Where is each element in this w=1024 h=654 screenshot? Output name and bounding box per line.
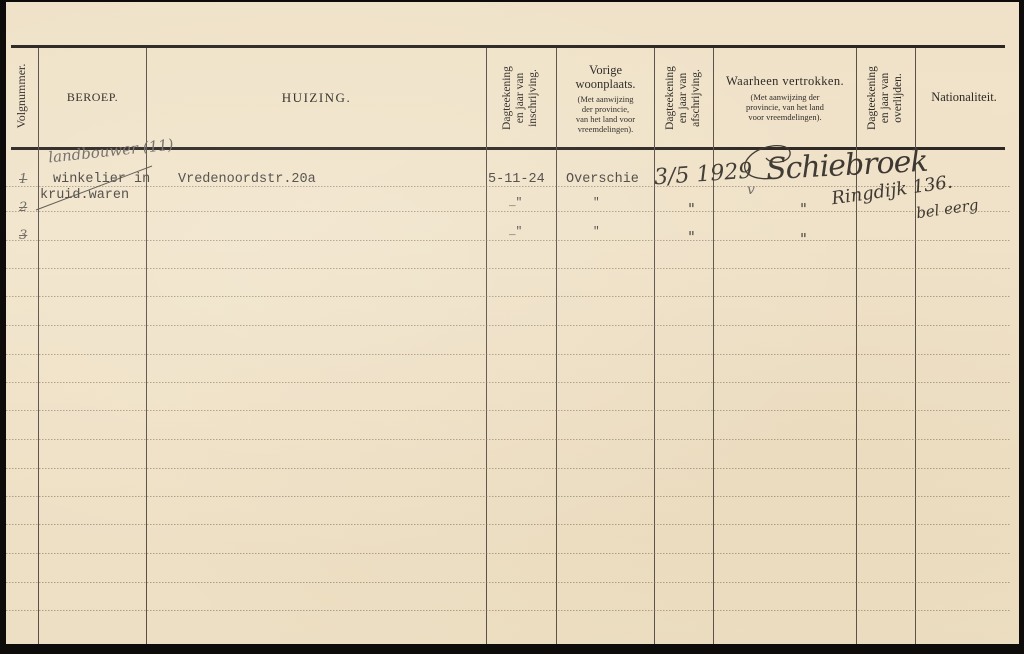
vorige-ditto-3: " <box>593 226 600 238</box>
row-line <box>6 468 1011 469</box>
row-line <box>6 268 1011 269</box>
beroep-line-1: winkelier in <box>53 172 150 187</box>
col-divider <box>486 48 487 644</box>
strike-line <box>34 162 154 212</box>
header-vertrokken-title: Waarheen vertrokken. <box>726 74 844 89</box>
afschrijving-ditto-3: " <box>688 228 695 246</box>
afschrijving-ditto-2: " <box>688 200 695 218</box>
col-divider <box>856 48 857 644</box>
header-nationaliteit: Nationaliteit. <box>916 48 1012 147</box>
header-volgnummer: Volgnummer. <box>15 51 31 141</box>
row-line <box>6 439 1011 440</box>
huizing-value: Vredenoordstr.20a <box>178 172 316 187</box>
header-vertrokken-sub: (Met aanwijzing der provincie, van het l… <box>746 92 824 122</box>
header-waarheen-vertrokken: Waarheen vertrokken. (Met aanwijzing der… <box>714 52 856 144</box>
row-line <box>6 325 1011 326</box>
row-line <box>6 553 1011 554</box>
row-number-3: 3 <box>19 228 27 243</box>
header-huizing: HUIZING. <box>147 48 486 147</box>
row-line <box>6 240 1011 241</box>
row-line <box>6 610 1011 611</box>
register-card: Volgnummer. BEROEP. HUIZING. Dagteekenin… <box>6 2 1019 644</box>
col-divider <box>654 48 655 644</box>
row-line <box>6 582 1011 583</box>
inschrijving-ditto-3: _" <box>509 226 522 238</box>
vertrokken-address-2: bel eerg <box>915 196 979 223</box>
header-beroep: BEROEP. <box>39 48 146 147</box>
row-number-1: 1 <box>19 172 27 187</box>
inschrijving-value: 5-11-24 <box>488 172 545 187</box>
beroep-line-2: kruid.waren <box>40 188 129 203</box>
inschrijving-ditto-2: _" <box>509 197 522 209</box>
row-line <box>6 524 1011 525</box>
row-line <box>6 354 1011 355</box>
header-vorige-title: Vorige woonplaats. <box>575 63 635 91</box>
row-number-2: 2 <box>19 200 27 215</box>
vorige-ditto-2: " <box>593 197 600 209</box>
header-vorige-woonplaats: Vorige woonplaats. (Met aanwijzing der p… <box>557 52 654 144</box>
row-line <box>6 382 1011 383</box>
row-line <box>6 211 1011 212</box>
row-line <box>6 296 1011 297</box>
row-line <box>6 496 1011 497</box>
header-afschrijving: Dagteekening en jaar van afschrijving. <box>664 52 704 144</box>
header-overlijden: Dagteekening en jaar van overlijden. <box>866 52 906 144</box>
header-vorige-sub: (Met aanwijzing der provincie, van het l… <box>576 94 635 134</box>
vertrokken-ditto-3: " <box>800 230 807 248</box>
vorige-woonplaats-value: Overschie <box>566 172 639 187</box>
vertrokken-ditto-2: " <box>800 200 807 218</box>
vertrokken-mark: v <box>747 182 755 198</box>
row-line <box>6 410 1011 411</box>
header-inschrijving: Dagteekening en jaar van inschrijving. <box>501 52 541 144</box>
